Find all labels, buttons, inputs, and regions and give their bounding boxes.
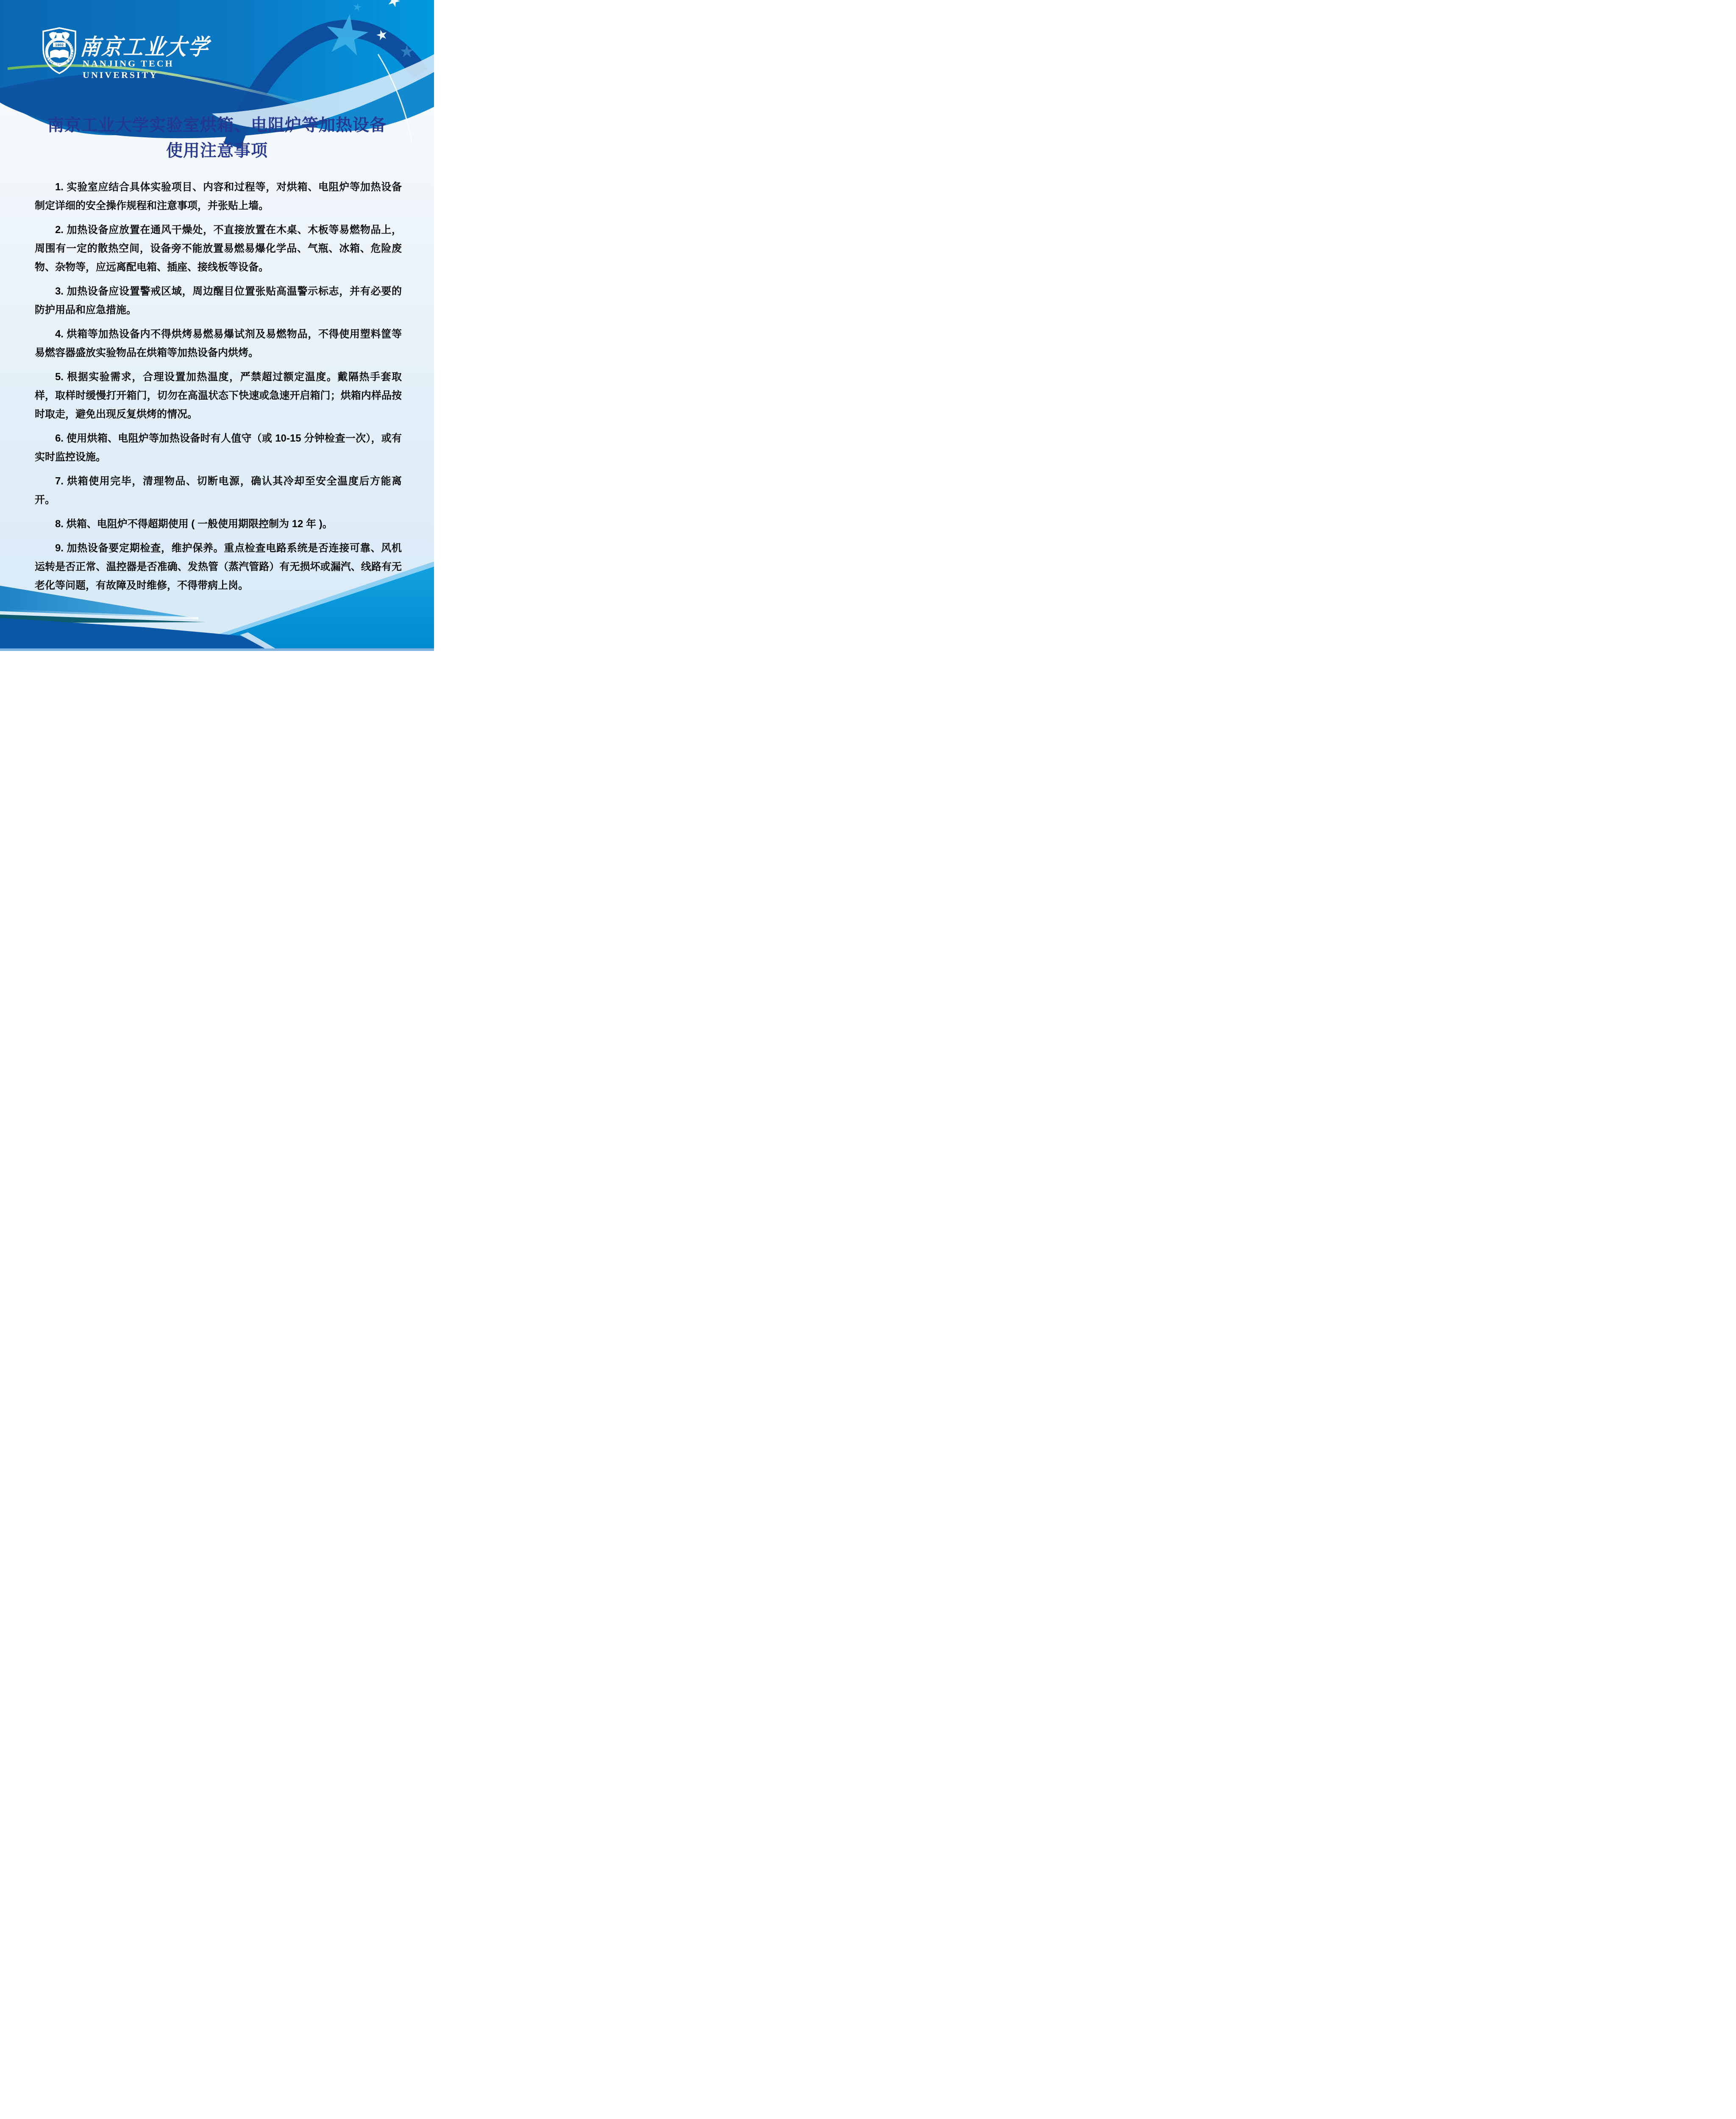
footer-bottom-strip (0, 648, 434, 651)
logo-book-icon (50, 50, 69, 58)
rule-item-5: 5. 根据实验需求，合理设置加热温度，严禁超过额定温度。戴隔热手套取样，取样时缓… (35, 368, 402, 424)
university-name-en-line2: UNIVERSITY (83, 69, 174, 81)
poster-title-line1: 南京工业大学实验室烘箱、电阻炉等加热设备 (0, 113, 434, 138)
rule-item-8: 8. 烘箱、电阻炉不得超期使用 ( 一般使用期限控制为 12 年 )。 (35, 515, 402, 534)
university-name-en-line1: NANJING TECH (83, 58, 174, 69)
university-name-cn: 南京工业大学 (79, 30, 260, 61)
university-name-en: NANJING TECH UNIVERSITY (83, 58, 174, 81)
poster-title-line2: 使用注意事项 (0, 138, 434, 164)
safety-poster: NANJING TECH UNIVERSITY 1902 南京工业大学 NANJ… (0, 0, 434, 651)
footer-geometric-banner (0, 559, 434, 651)
rule-item-6: 6. 使用烘箱、电阻炉等加热设备时有人值守（或 10-15 分钟检查一次），或有… (35, 429, 402, 467)
rule-item-2: 2. 加热设备应放置在通风干燥处，不直接放置在木桌、木板等易燃物品上，周围有一定… (35, 221, 402, 277)
rule-item-3: 3. 加热设备应设置警戒区域，周边醒目位置张贴高温警示标志，并有必要的防护用品和… (35, 282, 402, 320)
rules-list: 1. 实验室应结合具体实验项目、内容和过程等，对烘箱、电阻炉等加热设备制定详细的… (35, 178, 402, 595)
rule-item-1: 1. 实验室应结合具体实验项目、内容和过程等，对烘箱、电阻炉等加热设备制定详细的… (35, 178, 402, 215)
rule-item-4: 4. 烘箱等加热设备内不得烘烤易燃易爆试剂及易燃物品，不得使用塑料筐等易燃容器盛… (35, 325, 402, 362)
university-logo: NANJING TECH UNIVERSITY 1902 (41, 27, 78, 75)
rule-item-7: 7. 烘箱使用完毕，清理物品、切断电源，确认其冷却至安全温度后方能离开。 (35, 472, 402, 509)
logo-year: 1902 (55, 43, 64, 47)
poster-title: 南京工业大学实验室烘箱、电阻炉等加热设备 使用注意事项 (0, 113, 434, 164)
